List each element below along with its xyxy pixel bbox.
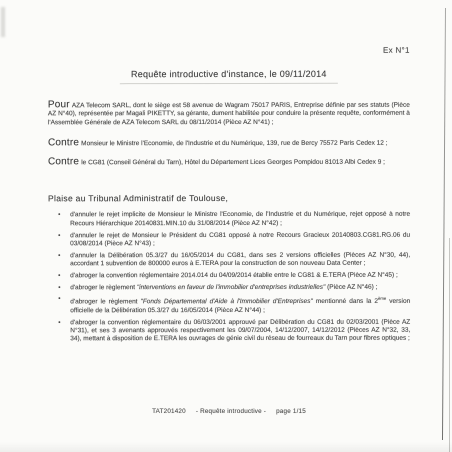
plea-heading: Plaise au Tribunal Administratif de Toul…	[48, 193, 410, 204]
plea-item: •d'annuler la Délibération 05.3/27 du 16…	[58, 251, 410, 268]
paragraph-text: Monsieur le Ministre l'Economie, de l'In…	[81, 140, 387, 148]
footer-doc-ref: TAT201420	[152, 408, 186, 415]
plea-item-text: d'abroger la convention réglementaire 20…	[70, 271, 410, 280]
footer-page-info: page 1/15	[276, 408, 306, 415]
document-title: Requête introductive d'instance, le 09/1…	[48, 69, 410, 80]
plea-item: •d'annuler le rejet implicite de Monsieu…	[58, 211, 410, 228]
scan-edge-line	[442, 8, 446, 440]
title-underline	[120, 83, 338, 84]
plea-item: •d'abroger le règlement "interventions e…	[58, 283, 410, 292]
bullet-icon: •	[58, 272, 70, 280]
scanned-document-page: Ex N°1 Requête introductive d'instance, …	[0, 0, 452, 452]
page-footer: TAT201420- Requête introductive -page 1/…	[48, 408, 410, 415]
paragraph-pour: PourAZA Telecom SARL, dont le siège est …	[48, 101, 410, 128]
footer-doc-name: - Requête introductive -	[196, 408, 266, 415]
paragraph-lead: Contre	[48, 137, 79, 148]
paragraph-contre-ministre: ContreMonsieur le Ministre l'Economie, d…	[48, 139, 410, 149]
plea-item: •d'abroger la convention réglementaire 2…	[58, 271, 410, 280]
plea-item: •d'annuler le rejet de Monsieur le Prési…	[58, 231, 410, 248]
scan-smudge	[1, 7, 5, 37]
scan-bottom-shade	[0, 442, 452, 452]
paragraph-text: AZA Telecom SARL, dont le siège est 58 a…	[48, 102, 410, 126]
bullet-icon: •	[58, 232, 70, 249]
bullet-icon: •	[58, 284, 70, 292]
scan-edge-line-faint	[449, 238, 450, 452]
plea-item: •d'abroger le règlement "Fonds Départeme…	[58, 295, 410, 315]
paragraph-contre-cg81: Contrele CG81 (Conseil Général du Tarn),…	[48, 158, 410, 168]
plea-item-text: d'abroger le règlement "interventions en…	[70, 283, 410, 292]
bullet-icon: •	[58, 296, 70, 316]
bullet-icon: •	[58, 319, 70, 344]
exhibit-label: Ex N°1	[48, 46, 410, 56]
plea-item: •d'abroger la convention réglementaire d…	[58, 318, 410, 344]
plea-item-text: d'annuler la Délibération 05.3/27 du 16/…	[70, 251, 410, 268]
paragraph-lead: Contre	[48, 156, 79, 167]
plea-item-text: d'abroger le règlement "Fonds Départemen…	[70, 295, 410, 315]
plea-item-text: d'abroger la convention réglementaire du…	[70, 318, 410, 343]
plea-item-text: d'annuler le rejet de Monsieur le Présid…	[70, 231, 410, 248]
bullet-icon: •	[58, 252, 70, 269]
bullet-icon: •	[58, 212, 70, 229]
plea-item-text: d'annuler le rejet implicite de Monsieur…	[70, 211, 410, 228]
paragraph-lead: Pour	[48, 99, 70, 110]
document-content: Ex N°1 Requête introductive d'instance, …	[48, 0, 411, 347]
plea-list: •d'annuler le rejet implicite de Monsieu…	[48, 211, 410, 344]
paragraph-text: le CG81 (Conseil Général du Tarn), Hôtel…	[81, 159, 385, 167]
